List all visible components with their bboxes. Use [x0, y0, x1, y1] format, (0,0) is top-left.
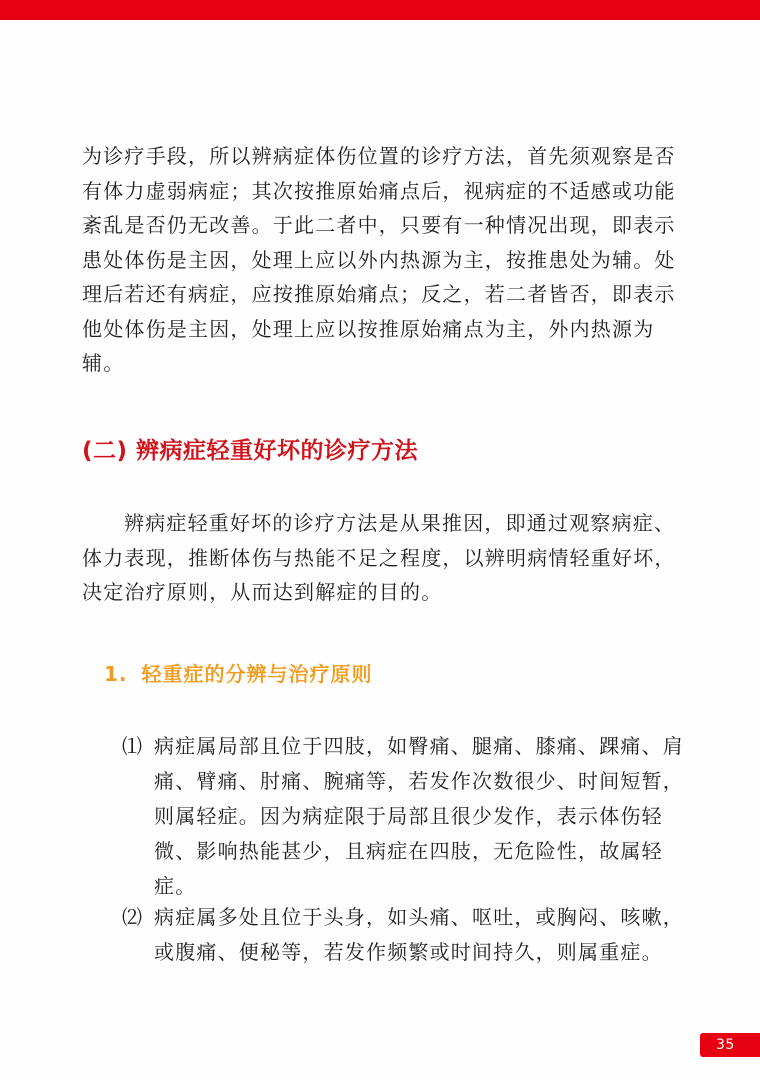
list-marker: ⑵: [122, 900, 152, 935]
list-marker: ⑴: [122, 729, 152, 764]
body-paragraph: 为诊疗手段，所以辨病症体伤位置的诊疗方法，首先须观察是否有体力虚弱病症；其次按推…: [82, 139, 682, 381]
list-item: ⑵ 病症属多处且位于头身，如头痛、呕吐，或胸闷、咳嗽，或腹痛、便秘等，若发作频繁…: [122, 900, 684, 970]
list-item: ⑴ 病症属局部且位于四肢，如臀痛、腿痛、膝痛、踝痛、肩痛、臂痛、肘痛、腕痛等，若…: [122, 729, 684, 904]
page-number-badge: 35: [700, 1033, 760, 1057]
subsection-heading: 1.轻重症的分辨与治疗原则: [104, 658, 373, 687]
subsection-title: 轻重症的分辨与治疗原则: [142, 662, 373, 686]
list-item-text: 病症属多处且位于头身，如头痛、呕吐，或胸闷、咳嗽，或腹痛、便秘等，若发作频繁或时…: [122, 900, 684, 970]
section-heading: (二) 辨病症轻重好坏的诊疗方法: [82, 432, 418, 465]
list-item-text: 病症属局部且位于四肢，如臀痛、腿痛、膝痛、踝痛、肩痛、臂痛、肘痛、腕痛等，若发作…: [122, 729, 684, 904]
header-accent-bar: [0, 0, 760, 20]
section-intro-paragraph: 辨病症轻重好坏的诊疗方法是从果推因，即通过观察病症、体力表现，推断体伤与热能不足…: [82, 506, 682, 610]
subsection-number: 1.: [104, 662, 128, 686]
